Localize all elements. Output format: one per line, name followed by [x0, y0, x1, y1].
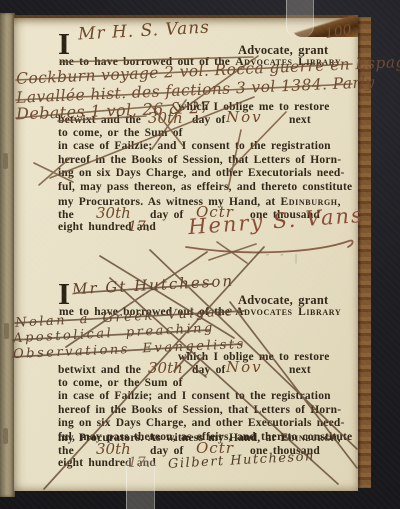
failzie-paragraph: in case of Failzie; and I consent to the… [58, 140, 352, 194]
witness-day-handwritten: 30th [96, 204, 131, 222]
procurators-text: my Procurators. As witness my Hand, at [58, 432, 281, 444]
day-of-label: day of [150, 209, 184, 221]
drop-cap-initial: I [58, 28, 70, 59]
drop-cap-initial: I [58, 278, 70, 309]
day-of-label: day of [150, 445, 184, 457]
witness-day-handwritten: 30th [96, 440, 131, 458]
return-day-handwritten: 30th [148, 109, 183, 127]
year-handwritten: 17. [128, 219, 150, 235]
the-label: the [58, 445, 74, 457]
the-label: the [58, 209, 74, 221]
betwixt-label: betwixt and the [58, 114, 141, 126]
failzie-line: in case of Failzie; and I consent to the… [58, 140, 352, 154]
photograph-background: 100 I Mr H. S. Vans Advocate, grant me t… [0, 0, 400, 509]
tape-strip-top [286, 0, 314, 38]
sum-line: to come, or the Sum of [58, 127, 183, 139]
failzie-line: ing on six Days Charge, and other Execut… [58, 417, 352, 431]
failzie-line: ful, may pass thereon, as effeirs, and t… [58, 181, 352, 195]
return-month-handwritten: Nov [226, 358, 263, 376]
failzie-line: in case of Failzie; and I consent to the… [58, 390, 352, 404]
day-of-label: day of [192, 364, 226, 376]
procurators-text: my Procurators. As witness my Hand, at [58, 196, 281, 208]
failzie-line: hereof in the Books of Session, that Let… [58, 404, 352, 418]
return-day-handwritten: 30th [148, 359, 183, 377]
failzie-line: hereof in the Books of Session, that Let… [58, 154, 352, 168]
next-label: next [289, 364, 311, 376]
betwixt-label: betwixt and the [58, 364, 141, 376]
pencil-marks: ″ ″ | [266, 254, 301, 264]
failzie-line: ing on six Days Charge, and other Execut… [58, 167, 352, 181]
signature-handwritten: Gilbert Hutcheson [168, 449, 316, 472]
next-label: next [289, 114, 311, 126]
borrower-name-handwritten: Mr Gt Hutcheson [72, 272, 235, 298]
edinburgh-label: Edinburgh, [281, 432, 342, 444]
borrow-form-1: I Mr H. S. Vans Advocate, grant me to ha… [0, 24, 400, 274]
day-of-label: day of [192, 114, 226, 126]
library-name: Advocates Library [235, 306, 341, 318]
return-month-handwritten: Nov [226, 108, 263, 126]
borrow-form-2: I Mr Gt Hutcheson Advocate, grant me to … [0, 274, 400, 489]
sum-line: to come, or the Sum of [58, 377, 183, 389]
tape-strip-bottom [126, 456, 155, 509]
